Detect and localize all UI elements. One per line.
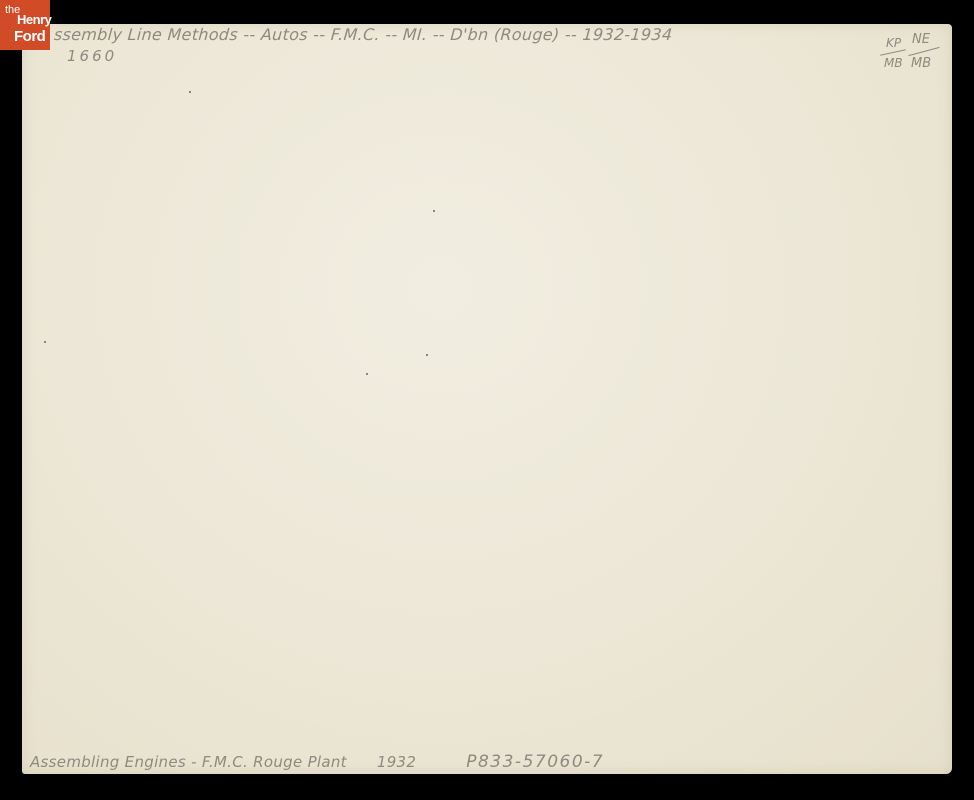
paper-speck — [426, 354, 428, 356]
paper-speck — [366, 373, 368, 375]
initials-top-left: KP — [886, 36, 901, 50]
handwritten-catalog-number: 1660 — [67, 47, 117, 65]
logo-henry: Henry — [17, 13, 51, 26]
paper-speck — [189, 91, 191, 93]
henry-ford-logo[interactable]: the Henry Ford — [0, 0, 50, 50]
initials-top-right: NE — [912, 32, 930, 47]
handwritten-caption-line: Assembling Engines - F.M.C. Rouge Plant1… — [30, 752, 604, 772]
initials-bottom-right: MB — [911, 56, 931, 71]
caption-text: Assembling Engines - F.M.C. Rouge Plant — [30, 753, 347, 771]
paper-speck — [433, 210, 435, 212]
handwritten-title: ssembly Line Methods -- Autos -- F.M.C. … — [53, 25, 673, 44]
initials-bottom-left: MB — [884, 56, 903, 70]
photo-back-paper — [22, 24, 952, 774]
negative-number: P833-57060-7 — [466, 752, 604, 772]
fraction-line — [880, 49, 906, 55]
handwritten-initials: KP NE MB MB — [878, 32, 948, 82]
caption-year: 1932 — [377, 753, 416, 771]
logo-ford: Ford — [14, 29, 45, 44]
fraction-line — [908, 47, 939, 56]
paper-speck — [44, 341, 46, 343]
